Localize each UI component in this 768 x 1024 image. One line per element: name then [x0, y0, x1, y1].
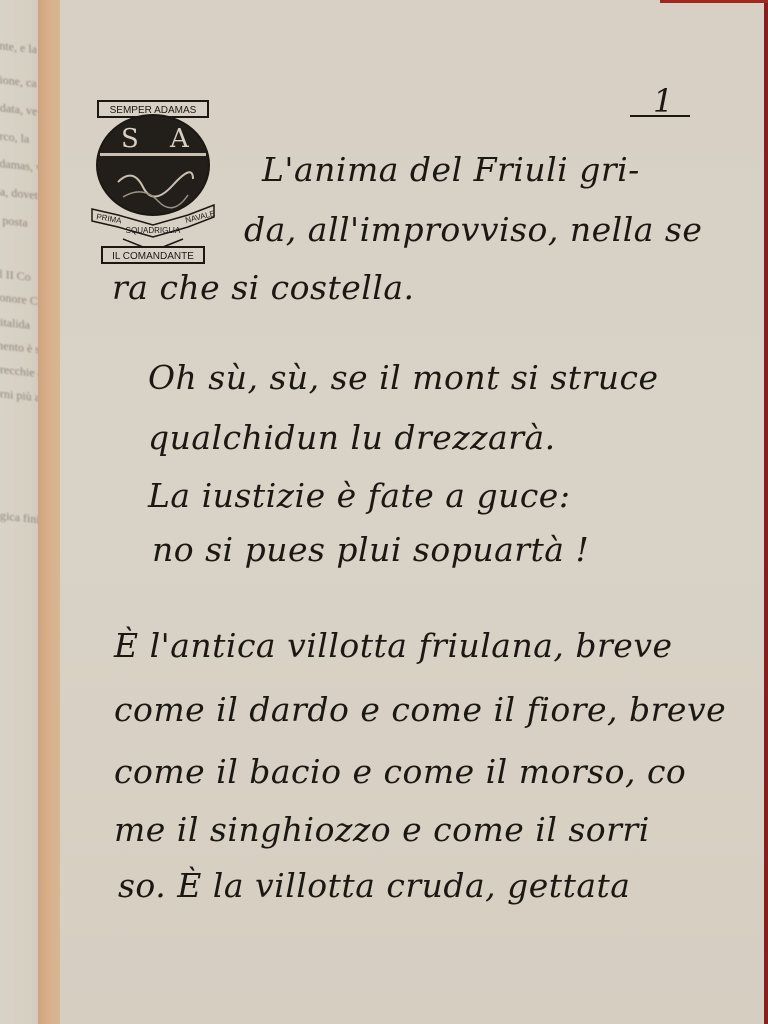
prose-line-5: so. È la villotta cruda, gettata [118, 866, 630, 905]
facing-page-text-line: zione, ca [0, 72, 37, 91]
facing-page-text-line: al II Co [0, 266, 31, 285]
facing-page-text-line: ogica fini [0, 508, 40, 528]
prose-line-2: come il dardo e come il fiore, breve [114, 690, 726, 729]
facing-page-text-line: ndata, ve [0, 100, 37, 120]
emblem-plate: IL COMANDANTE [112, 251, 194, 262]
facing-page-text-line: arco, la [0, 128, 29, 147]
verse-line-3: La iustizie è fate a guce: [148, 476, 570, 515]
intro-line-2: da, all'improvviso, nella se [244, 210, 702, 249]
facing-page-text-line: mento è s [0, 338, 40, 358]
facing-page-text-line: ante, e la [0, 38, 37, 58]
prose-line-4: me il singhiozzo e come il sorri [114, 810, 650, 849]
emblem-letter-a: A [169, 124, 190, 154]
facing-page-text-line: a posta [0, 212, 28, 231]
verse-line-2: qualchidun lu drezzarà. [148, 418, 556, 457]
binding-edge-top [660, 0, 768, 3]
prose-line-3: come il bacio e come il morso, co [114, 752, 686, 791]
verse-line-4: no si pues plui sopuartà ! [152, 530, 589, 569]
intro-line-3: ra che si costella. [112, 268, 415, 307]
squadron-emblem-icon: SEMPER ADAMAS S A PRIMA SQUADRIGLIA NAVA… [88, 97, 218, 267]
emblem-ribbon-center: SQUADRIGLIA [126, 226, 181, 235]
emblem-letter-s: S [121, 124, 139, 154]
prose-line-1: È l'antica villotta friulana, breve [114, 626, 673, 665]
facing-page-text-line: orni più a [0, 386, 40, 406]
facing-page-text-line: na, dovet [0, 184, 38, 204]
facing-page-text-line: adamas, v [0, 155, 42, 175]
facing-page-text-line: l'onore Ca [0, 289, 43, 309]
verse-line-1: Oh sù, sù, se il mont si struce [148, 358, 659, 397]
page-number-underline [630, 115, 690, 117]
facing-page-text-line: vitalida [0, 314, 30, 333]
binding-edge [764, 0, 768, 1024]
intro-line-1: L'anima del Friuli gri- [262, 150, 640, 189]
